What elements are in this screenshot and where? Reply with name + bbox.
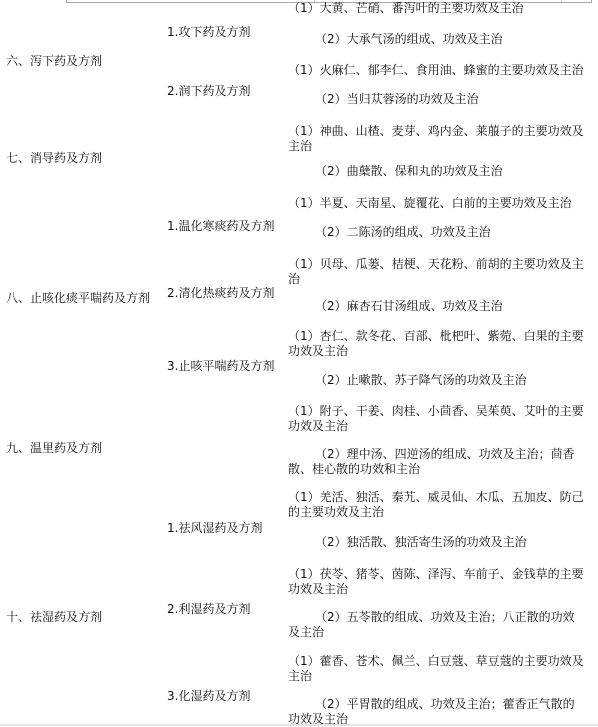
item-9-2: （2）理中汤、四逆汤的组成、功效及主治；茴香散、桂心散的功效和主治 <box>288 447 586 477</box>
subsection-title-6-2: 2.润下药及方剂 <box>167 84 250 98</box>
item-8-1-2: （2）二陈汤的组成、功效及主治 <box>288 225 586 240</box>
section-title-10: 十、祛湿药及方剂 <box>6 610 102 624</box>
item-10-1-1: （1）羌活、独活、秦艽、威灵仙、木瓜、五加皮、防己的主要功效及主治 <box>288 490 586 520</box>
item-10-2-2: （2）五苓散的组成、功效及主治；八正散的功效及主治 <box>288 610 586 640</box>
item-6-1-2: （2）大承气汤的组成、功效及主治 <box>288 32 586 47</box>
item-7-1: （1）神曲、山楂、麦芽、鸡内金、莱菔子的主要功效及主治 <box>288 124 586 154</box>
subsection-title-8-3: 3.止咳平喘药及方剂 <box>167 359 274 373</box>
item-8-2-2: （2）麻杏石甘汤组成、功效及主治 <box>288 299 586 314</box>
subsection-title-10-1: 1.祛风湿药及方剂 <box>167 521 262 535</box>
subsection-title-10-2: 2.利湿药及方剂 <box>167 602 250 616</box>
section-title-9: 九、温里药及方剂 <box>6 441 102 455</box>
item-7-2: （2）曲蘖散、保和丸的功效及主治 <box>288 164 586 179</box>
section-title-7: 七、消导药及方剂 <box>6 151 102 165</box>
subsection-title-8-1: 1.温化寒痰药及方剂 <box>167 219 274 233</box>
item-8-1-1: （1）半夏、天南星、旋覆花、白前的主要功效及主治 <box>288 196 586 211</box>
bottom-divider <box>0 724 598 726</box>
item-8-3-2: （2）止嗽散、苏子降气汤的功效及主治 <box>288 373 586 388</box>
item-8-3-1: （1）杏仁、款冬花、百部、枇杷叶、紫菀、白果的主要功效及主治 <box>288 329 586 359</box>
item-10-1-2: （2）独活散、独活寄生汤的功效及主治 <box>288 535 586 550</box>
subsection-title-8-2: 2.清化热痰药及方剂 <box>167 286 274 300</box>
item-10-3-1: （1）藿香、苍术、佩兰、白豆蔻、草豆蔻的主要功效及主治 <box>288 654 586 684</box>
subsection-title-10-3: 3.化湿药及方剂 <box>167 689 250 703</box>
item-6-1-1: （1）大黄、芒硝、番泻叶的主要功效及主治 <box>288 1 586 16</box>
section-title-8: 八、止咳化痰平喘药及方剂 <box>6 291 150 305</box>
item-6-2-1: （1）火麻仁、郁李仁、食用油、蜂蜜的主要功效及主治 <box>288 63 586 78</box>
item-10-3-2: （2）平胃散的组成、功效及主治；藿香正气散的功效及主治 <box>288 697 586 727</box>
item-9-1: （1）附子、干姜、肉桂、小茴香、吴茱萸、艾叶的主要功效及主治 <box>288 404 586 434</box>
subsection-title-6-1: 1.攻下药及方剂 <box>167 25 250 39</box>
section-title-6: 六、泻下药及方剂 <box>6 54 102 68</box>
item-6-2-2: （2）当归苁蓉汤的功效及主治 <box>288 92 586 107</box>
item-8-2-1: （1）贝母、瓜蒌、桔梗、天花粉、前胡的主要功效及主治 <box>288 257 586 287</box>
item-10-2-1: （1）茯苓、猪苓、茵陈、泽泻、车前子、金钱草的主要功效及主治 <box>288 567 586 597</box>
